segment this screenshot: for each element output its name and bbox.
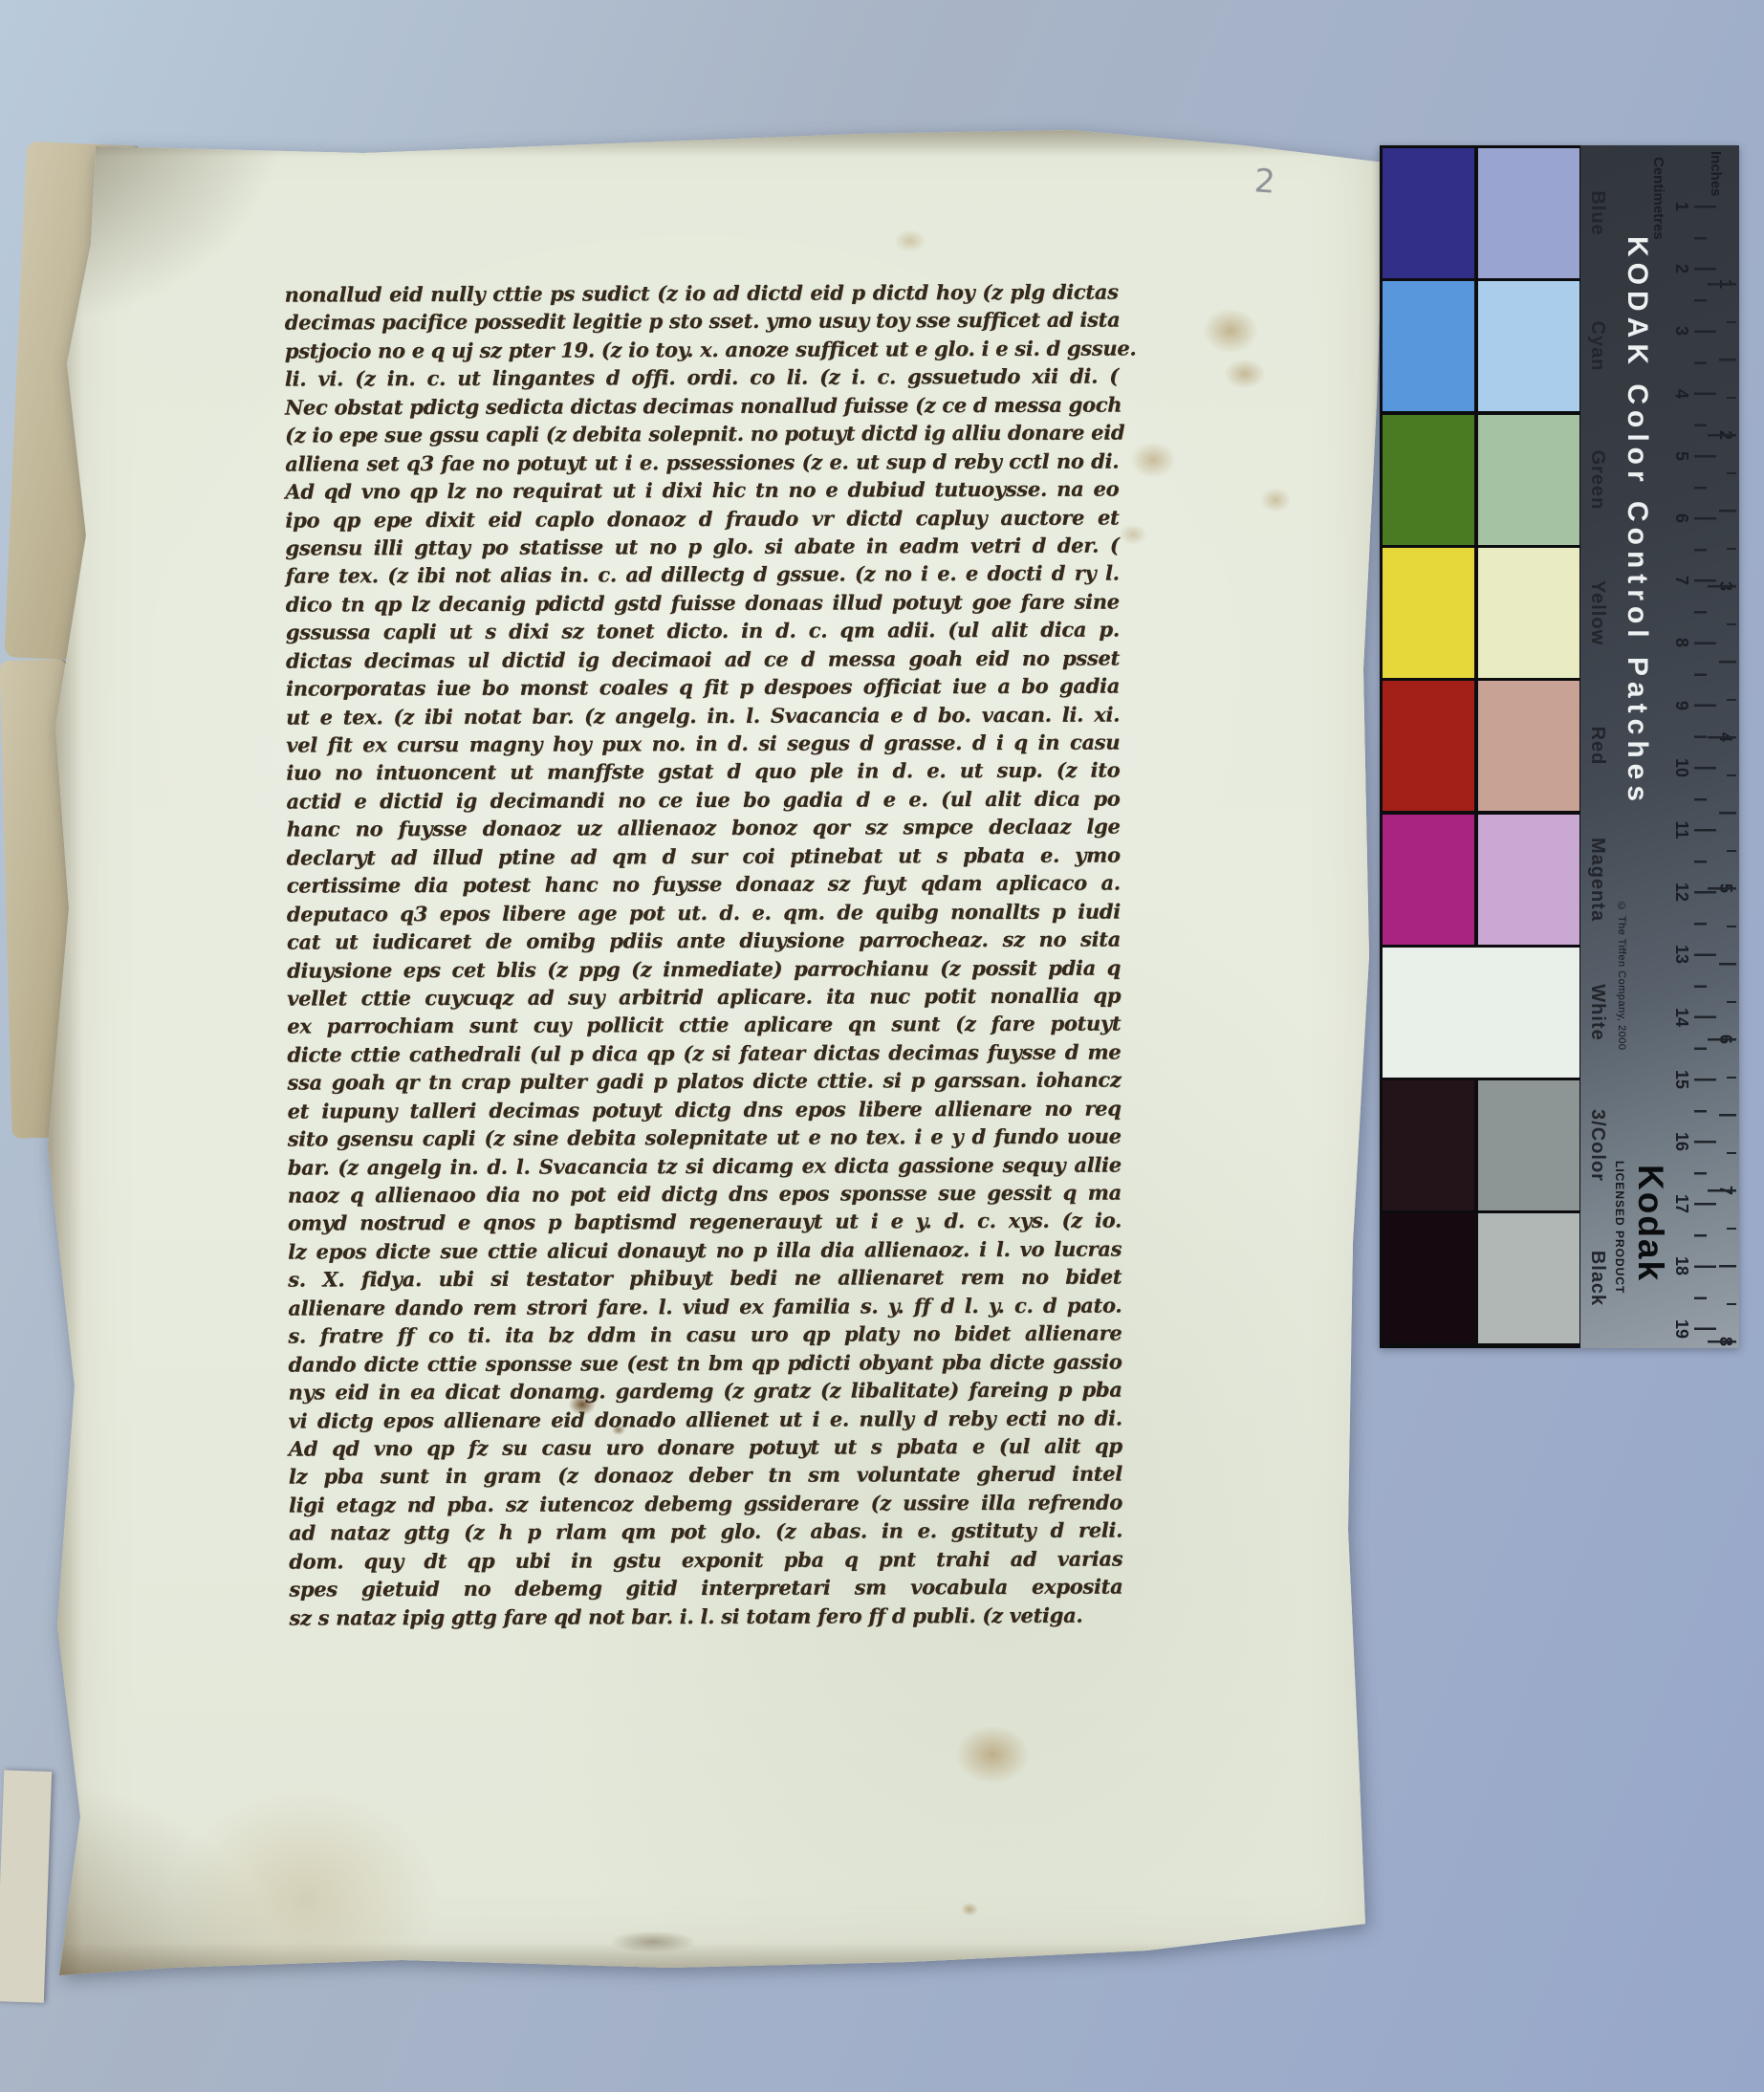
cm-number: 5 <box>1671 451 1691 461</box>
inch-number: 5 <box>1715 883 1735 893</box>
color-patch-tint <box>1478 1080 1579 1210</box>
stain <box>894 229 926 252</box>
manuscript-line: ex parrochiam sunt cuy pollicit cttie ap… <box>287 1010 1121 1040</box>
color-patch-saturated <box>1383 281 1474 411</box>
color-patch-saturated <box>1383 1213 1474 1343</box>
manuscript-line: deputaco q3 epos libere age pot ut. d. e… <box>287 897 1121 927</box>
cm-number: 13 <box>1671 945 1691 964</box>
manuscript-line: (z io epe sue gssu capli (z debita solep… <box>285 419 1119 449</box>
manuscript-line: s. X. fidya. ubi si testator phibuyt bed… <box>288 1263 1122 1294</box>
inch-number: 2 <box>1715 430 1735 440</box>
manuscript-line: sz s nataz ipig gttg fare qd not bar. i.… <box>289 1601 1122 1631</box>
manuscript-line: certissime dia potest hanc no fuysse don… <box>287 869 1121 900</box>
manuscript-line: ligi etagz nd pba. sz iutencoz debemg gs… <box>289 1488 1122 1518</box>
manuscript-line: vel fit ex cursu magny hoy pux no. in d.… <box>286 728 1120 758</box>
cm-number: 7 <box>1671 576 1691 585</box>
manuscript-line: diuysione eps cet blis (z ppg (z inmedia… <box>287 953 1121 984</box>
color-patch-label: Red <box>1586 727 1608 766</box>
color-patch-label: Magenta <box>1586 837 1608 921</box>
manuscript-line: allienare dando rem strori fare. l. viud… <box>288 1291 1122 1321</box>
manuscript-line: vellet cttie cuycuqz ad suy arbitrid apl… <box>287 981 1121 1012</box>
color-patch-saturated <box>1383 415 1474 545</box>
color-patch-tint <box>1478 281 1579 411</box>
color-patch-label: Cyan <box>1586 321 1608 372</box>
card-title: KODAK Color Control Patches <box>1621 236 1653 807</box>
color-patch-saturated <box>1383 148 1474 278</box>
color-patch-row <box>1383 948 1579 1078</box>
manuscript-line: ssa goah qr tn crap pulter gadi p platos… <box>287 1066 1121 1097</box>
inch-number: 1 <box>1715 279 1735 289</box>
manuscript-line: declaryt ad illud ptine ad qm d sur coi … <box>287 840 1121 871</box>
color-patch-label: 3/Color <box>1586 1109 1608 1182</box>
cm-number: 18 <box>1671 1256 1691 1275</box>
color-patch-tint <box>1478 1213 1579 1343</box>
manuscript-line: naoz q allienaoo dia no pot eid dictg dn… <box>288 1178 1122 1209</box>
color-patch-row <box>1383 681 1579 811</box>
manuscript-line: iuo no intuoncent ut manffste gstat d qu… <box>286 756 1120 787</box>
manuscript-line: dicte cttie cathedrali (ul p dica qp (z … <box>287 1037 1121 1068</box>
color-patch-row <box>1383 148 1579 278</box>
color-patch-saturated <box>1383 548 1474 678</box>
manuscript-line: incorporatas iue bo monst coales q fit p… <box>286 672 1120 703</box>
manuscript-line: actid e dictid ig decimandi no ce iue bo… <box>286 784 1120 815</box>
manuscript-line: sito gsensu capli (z sine debita solepni… <box>288 1122 1122 1153</box>
color-patch-tint <box>1478 548 1579 678</box>
color-patch-label: Black <box>1586 1251 1608 1306</box>
color-patch-tint <box>1478 415 1579 545</box>
manuscript-line: bar. (z angelg in. d. l. Svacancia tz si… <box>288 1150 1122 1181</box>
manuscript-line: dictas decimas ul dictid ig decimaoi ad … <box>286 643 1120 674</box>
water-stain <box>172 1788 440 2008</box>
card-copyright: © The Tiffen Company, 2000 <box>1616 901 1627 1050</box>
color-patch-tint <box>1478 681 1579 811</box>
inches-label: Inches <box>1708 151 1724 197</box>
page-number: 2 <box>1253 162 1276 201</box>
color-patch-saturated <box>1383 815 1474 945</box>
cm-number: 15 <box>1671 1070 1691 1089</box>
manuscript-line: Ad qd vno qp lz no requirat ut i dixi hi… <box>285 475 1119 506</box>
stain <box>1260 488 1291 512</box>
cm-number: 6 <box>1671 513 1691 523</box>
stain <box>956 1726 1029 1783</box>
color-patch-saturated <box>1383 1080 1474 1210</box>
manuscript-line: dico tn qp lz decanig pdictd gstd fuisse… <box>286 587 1120 618</box>
manuscript-line: dom. quy dt qp ubi in gstu exponit pba q… <box>289 1544 1122 1575</box>
color-patch-row <box>1383 1213 1579 1343</box>
cm-number: 16 <box>1671 1132 1691 1151</box>
cm-number: 8 <box>1671 638 1691 647</box>
manuscript-line: pstjocio no e q uj sz pter 19. (z io toy… <box>285 334 1119 364</box>
inch-number: 4 <box>1715 732 1735 742</box>
cm-number: 19 <box>1671 1319 1691 1339</box>
inch-number: 7 <box>1715 1186 1735 1195</box>
cm-number: 12 <box>1671 883 1691 902</box>
cm-number: 4 <box>1671 389 1691 399</box>
cm-number: 11 <box>1671 820 1691 839</box>
stain <box>961 1903 978 1916</box>
manuscript-line: ut e tex. (z ibi notat bar. (z angelg. i… <box>286 700 1120 730</box>
inch-number: 3 <box>1715 581 1735 591</box>
manuscript-line: hanc no fuysse donaoz uz allienaoz bonoz… <box>286 813 1120 843</box>
stain <box>1119 524 1147 545</box>
manuscript-line: alliena set q3 fae no potuyt ut i e. pss… <box>285 447 1119 477</box>
color-patch-saturated <box>1383 681 1474 811</box>
cm-number: 10 <box>1671 758 1691 777</box>
color-patch-label: White <box>1586 984 1608 1040</box>
manuscript-line: s. fratre ff co ti. ita bz ddm in casu u… <box>288 1319 1122 1350</box>
manuscript-line: spes gietuid no debemg gitid interpretar… <box>289 1573 1122 1603</box>
color-patch-row <box>1383 815 1579 945</box>
manuscript-line: et iupuny talleri decimas potuyt dictg d… <box>288 1094 1122 1124</box>
cm-number: 3 <box>1671 326 1691 336</box>
manuscript-line: lz epos dicte sue cttie alicui donauyt n… <box>288 1234 1122 1265</box>
manuscript-text-block: nonallud eid nully cttie ps sudict (z io… <box>285 277 1123 1631</box>
color-patch-saturated <box>1383 948 1579 1078</box>
manuscript-line: vi dictg epos allienare eid donado allie… <box>289 1404 1122 1434</box>
cm-number: 1 <box>1671 202 1691 211</box>
cm-number: 2 <box>1671 264 1691 273</box>
stain <box>1224 359 1266 389</box>
color-patch-row <box>1383 281 1579 411</box>
manuscript-line: Ad qd vno qp fz su casu uro donare potuy… <box>289 1431 1122 1462</box>
manuscript-line: decimas pacifice possedit legitie p sto … <box>285 306 1119 337</box>
manuscript-line: omyd nostrud e qnos p baptismd regenerau… <box>288 1207 1122 1237</box>
manuscript-page: 2 nonallud eid nully cttie ps sudict (z … <box>38 86 1405 1991</box>
color-patch-row <box>1383 1080 1579 1210</box>
manuscript-line: ad nataz gttg (z h p rlam qm pot glo. (z… <box>289 1516 1122 1547</box>
manuscript-line: gssussa capli ut s dixi sz tonet dicto. … <box>286 616 1120 646</box>
kodak-color-control-card: Blue Cyan Green Yellow Red Magenta White… <box>1380 145 1739 1348</box>
stain <box>1130 442 1176 478</box>
manuscript-line: ipo qp epe dixit eid caplo donaoz d frau… <box>285 503 1119 534</box>
centimetres-label: Centimetres <box>1650 157 1666 240</box>
inch-number: 6 <box>1715 1035 1735 1044</box>
licensed-product-label: LICENSED PRODUCT <box>1613 1161 1626 1294</box>
manuscript-line: nonallud eid nully cttie ps sudict (z io… <box>285 277 1119 308</box>
smudge <box>612 1931 694 1952</box>
color-patch-row <box>1383 548 1579 678</box>
cm-number: 9 <box>1671 701 1691 710</box>
manuscript-line: li. vi. (z in. c. ut lingantes d offi. o… <box>285 362 1119 393</box>
manuscript-line: gsensu illi gttay po statisse ut no p gl… <box>285 531 1119 561</box>
cm-number: 14 <box>1671 1008 1691 1027</box>
inch-number: 8 <box>1715 1337 1735 1346</box>
color-patch-label: Blue <box>1586 190 1608 235</box>
color-patch-label: Green <box>1586 449 1608 510</box>
photograph-scene: 2 nonallud eid nully cttie ps sudict (z … <box>0 0 1764 2092</box>
kodak-logo: Kodak <box>1630 1165 1670 1282</box>
manuscript-line: nys eid in ea dicat donamg. gardemg (z g… <box>289 1376 1122 1406</box>
manuscript-line: dando dicte cttie sponsse sue (est tn bm… <box>288 1347 1122 1378</box>
color-patch-tint <box>1478 815 1579 945</box>
manuscript-line: cat ut iudicaret de omibg pdiis ante diu… <box>287 926 1121 956</box>
cm-number: 17 <box>1671 1194 1691 1213</box>
color-patch-label: Yellow <box>1586 580 1608 645</box>
color-patch-tint <box>1478 148 1579 278</box>
manuscript-line: lz pba sunt in gram (z donaoz deber tn s… <box>289 1460 1122 1491</box>
manuscript-line: fare tex. (z ibi not alias in. c. ad dil… <box>286 559 1120 590</box>
stain <box>1203 308 1258 354</box>
color-patch-row <box>1383 415 1579 545</box>
manuscript-line: Nec obstat pdictg sedicta dictas decimas… <box>285 390 1119 421</box>
